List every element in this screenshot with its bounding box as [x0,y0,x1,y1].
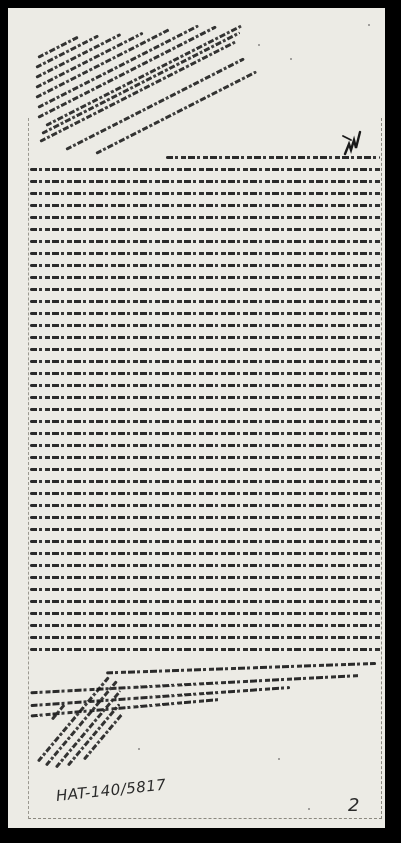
page-number: 2 [348,795,359,816]
document-page [8,8,385,828]
scan-frame-border [28,118,382,819]
